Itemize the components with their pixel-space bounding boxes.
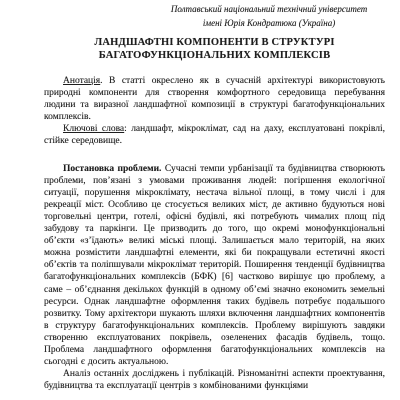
section-analysis: Аналіз останніх досліджень і публікацій.… [44,368,385,392]
affiliation-line-1: Полтавський національний технічний уніве… [153,2,385,16]
paper-title: ЛАНДШАФТНІ КОМПОНЕНТИ В СТРУКТУРІ БАГАТО… [89,37,341,62]
abstract-label: Анотація [63,76,100,86]
abstract-paragraph: Анотація. В статті окреслено як в сучасн… [44,75,385,123]
section-heading-problem: Постановка проблеми. [63,164,161,174]
document-page: Полтавський національний технічний уніве… [0,0,400,400]
keywords-paragraph: Ключові слова: ландшафт, мікроклімат, са… [44,123,385,147]
section-problem-statement: Постановка проблеми. Сучасні темпи урбан… [44,163,385,369]
section-heading-analysis: Аналіз останніх досліджень і публікацій. [63,369,234,379]
section-text-problem: Сучасні темпи урбанізації та будівництва… [44,164,385,368]
affiliation-line-2: імені Юрія Кондратюка (Україна) [153,16,385,30]
affiliation-block: Полтавський національний технічний уніве… [153,2,385,30]
keywords-label: Ключові слова [63,124,124,134]
